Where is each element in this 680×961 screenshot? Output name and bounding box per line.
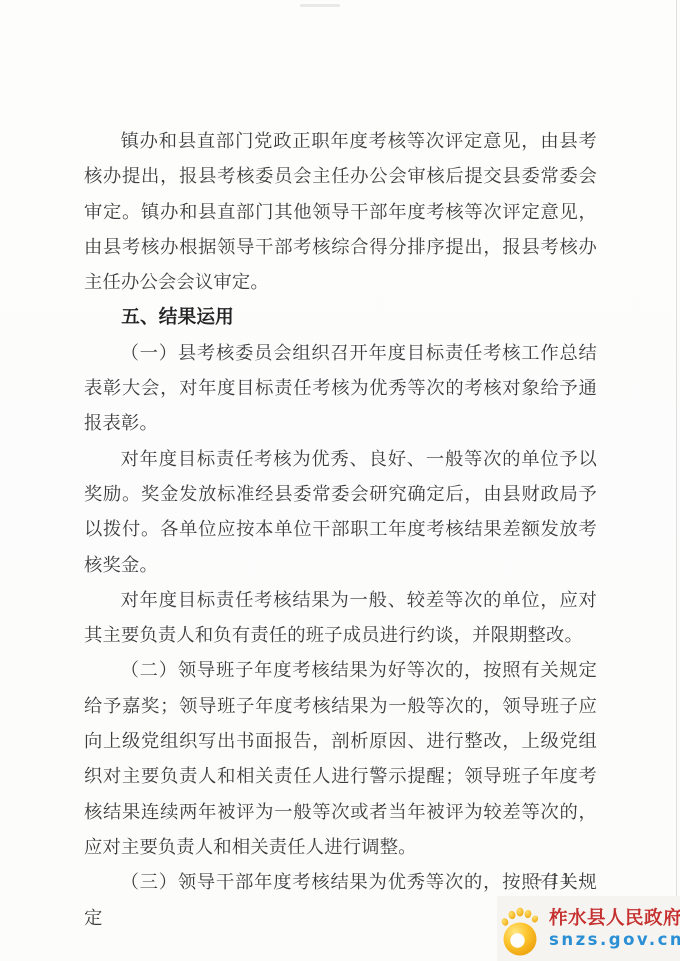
paragraph: （一）县考核委员会组织召开年度目标责任考核工作总结表彰大会，对年度目标责任考核为… (84, 336, 597, 442)
page-number: - 11 - (537, 870, 585, 888)
paw-print-icon (499, 901, 545, 957)
paragraph: 对年度目标责任考核为优秀、良好、一般等次的单位予以奖励。奖金发放标准经县委常委会… (84, 442, 597, 583)
paragraph: 镇办和县直部门党政正职年度考核等次评定意见，由县考核办提出，报县考核委员会主任办… (84, 124, 597, 300)
watermark-website: snzs.gov.cn (549, 930, 680, 951)
watermark-org-name: 柞水县人民政府 (549, 907, 680, 930)
scanned-document-page: 镇办和县直部门党政正职年度考核等次评定意见，由县考核办提出，报县考核委员会主任办… (0, 0, 680, 961)
paragraph: 对年度目标责任考核结果为一般、较差等次的单位，应对其主要负责人和负有责任的班子成… (84, 583, 597, 654)
scan-artifact-smudge (300, 4, 340, 7)
section-heading: 五、结果运用 (84, 300, 597, 335)
watermark-text: 柞水县人民政府 snzs.gov.cn (549, 907, 680, 951)
paragraph: （二）领导班子年度考核结果为好等次的，按照有关规定给予嘉奖；领导班子年度考核结果… (84, 653, 597, 865)
scan-artifact-line (676, 0, 677, 961)
government-watermark: 柞水县人民政府 snzs.gov.cn (497, 896, 680, 961)
document-body: 镇办和县直部门党政正职年度考核等次评定意见，由县考核办提出，报县考核委员会主任办… (84, 124, 597, 936)
